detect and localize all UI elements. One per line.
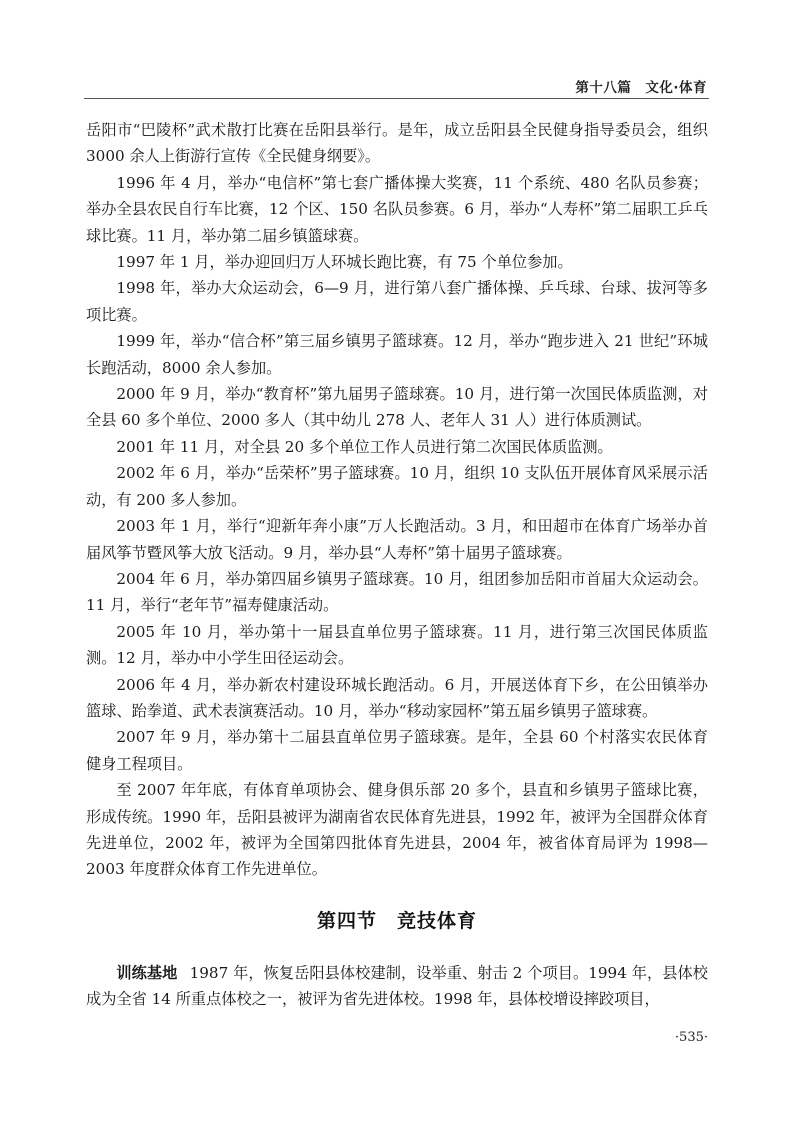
body-text-part1: 岳阳市“巴陵杯”武术散打比赛在岳阳县举行。是年，成立岳阳县全民健身指导委员会，组… [86, 117, 708, 883]
paragraph-1998: 1998 年，举办大众运动会，6—9 月，进行第八套广播体操、乒乓球、台球、拔河… [86, 275, 708, 328]
section-heading: 第四节 竞技体育 [86, 906, 708, 933]
page-number: ·535· [675, 1030, 708, 1045]
paragraph-2000: 2000 年 9 月，举办“教育杯”第九届男子篮球赛。10 月，进行第一次国民体… [86, 381, 708, 434]
paragraph-1997: 1997 年 1 月，举办迎回归万人环城长跑比赛，有 75 个单位参加。 [86, 249, 708, 275]
paragraph: 岳阳市“巴陵杯”武术散打比赛在岳阳县举行。是年，成立岳阳县全民健身指导委员会，组… [86, 117, 708, 170]
paragraph-2002: 2002 年 6 月，举办“岳荣杯”男子篮球赛。10 月，组织 10 支队伍开展… [86, 460, 708, 513]
paragraph-2007: 2007 年 9 月，举办第十二届县直单位男子篮球赛。是年，全县 60 个村落实… [86, 724, 708, 777]
running-header: 第十八篇 文化·体育 [84, 70, 709, 99]
paragraph-summary: 至 2007 年年底，有体育单项协会、健身俱乐部 20 多个，县直和乡镇男子篮球… [86, 777, 708, 883]
paragraph-2005: 2005 年 10 月，举办第十一届县直单位男子篮球赛。11 月，进行第三次国民… [86, 619, 708, 672]
paragraph-training-base: 训练基地1987 年，恢复岳阳县体校建制，设举重、射击 2 个项目。1994 年… [86, 960, 708, 1013]
chapter-title: 第十八篇 文化·体育 [575, 76, 707, 96]
paragraph-text: 1987 年，恢复岳阳县体校建制，设举重、射击 2 个项目。1994 年，县体校… [86, 964, 708, 1008]
paragraph-1999: 1999 年，举办“信合杯”第三届乡镇男子篮球赛。12 月，举办“跑步进入 21… [86, 328, 708, 381]
paragraph-2001: 2001 年 11 月，对全县 20 多个单位工作人员进行第二次国民体质监测。 [86, 434, 708, 460]
run-in-heading: 训练基地 [116, 964, 177, 982]
paragraph-2004: 2004 年 6 月，举办第四届乡镇男子篮球赛。10 月，组团参加岳阳市首届大众… [86, 566, 708, 619]
paragraph-1996: 1996 年 4 月，举办“电信杯”第七套广播体操大奖赛，11 个系统、480 … [86, 170, 708, 249]
body-text-part2: 训练基地1987 年，恢复岳阳县体校建制，设举重、射击 2 个项目。1994 年… [86, 960, 708, 1013]
paragraph-2003: 2003 年 1 月，举行“迎新年奔小康”万人长跑活动。3 月，和田超市在体育广… [86, 513, 708, 566]
paragraph-2006: 2006 年 4 月，举办新农村建设环城长跑活动。6 月，开展送体育下乡，在公田… [86, 672, 708, 725]
